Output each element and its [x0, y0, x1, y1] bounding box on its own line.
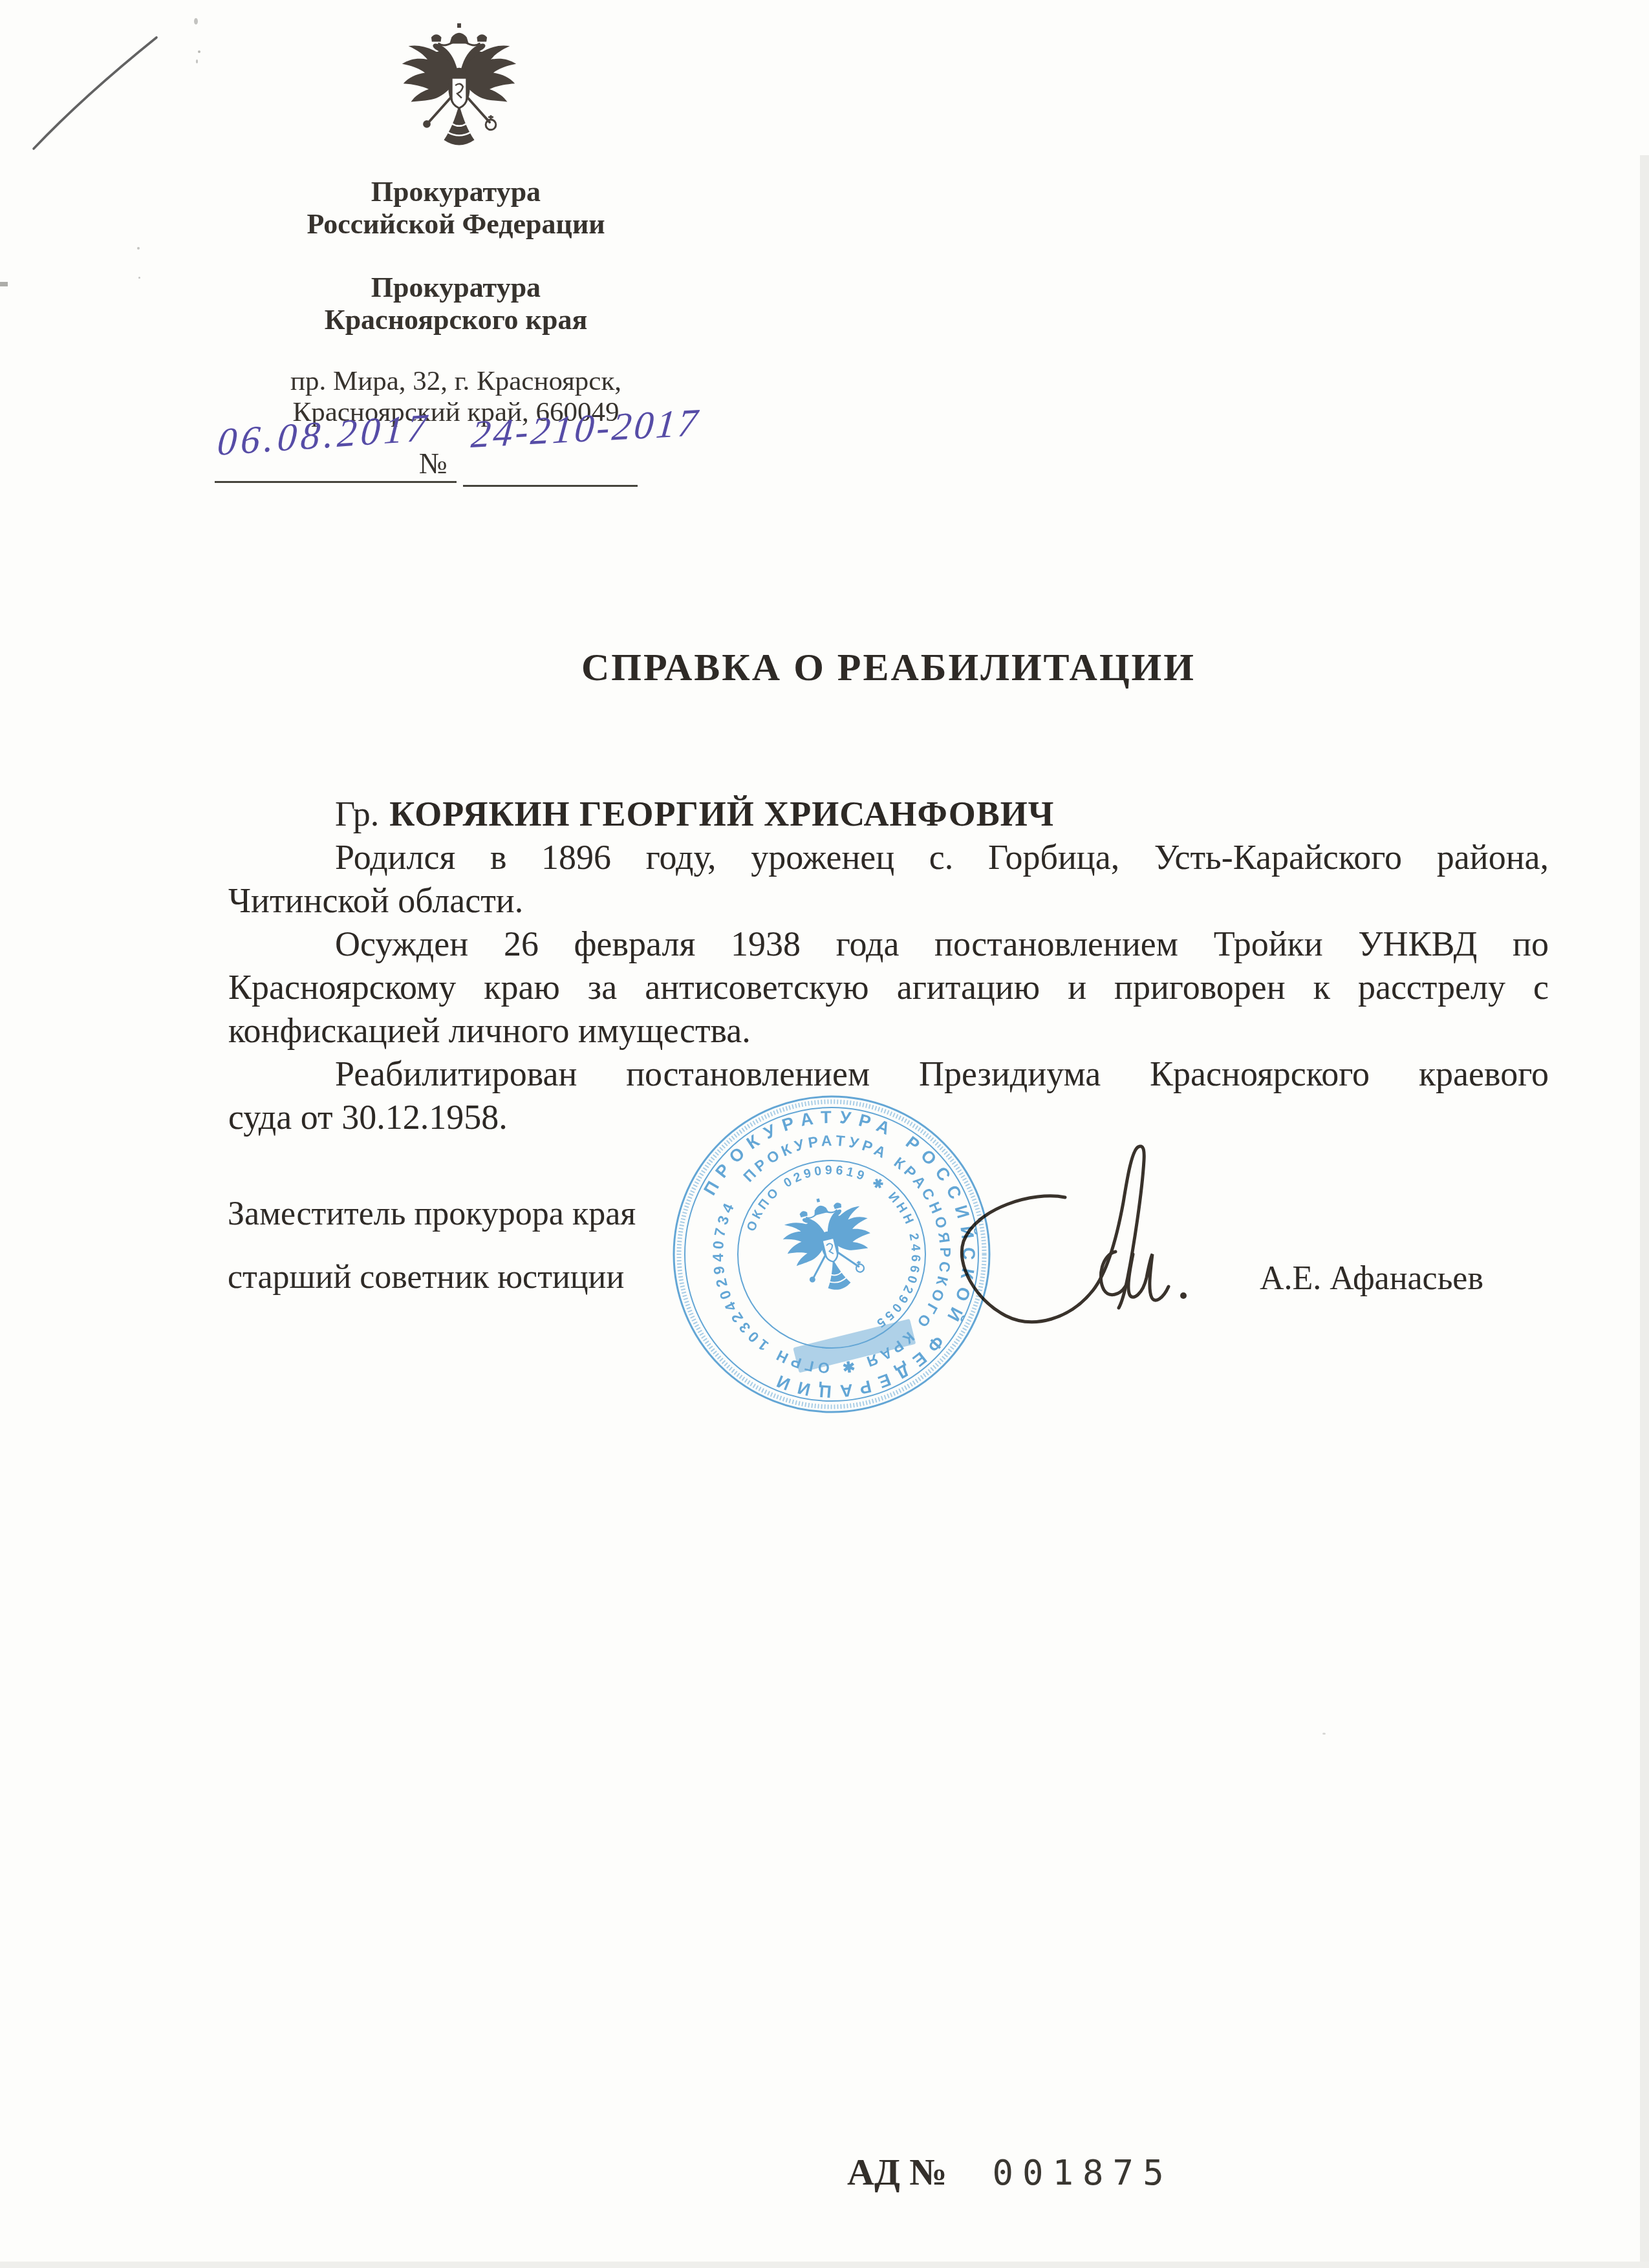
scan-speck: [196, 59, 198, 63]
scan-speck: [137, 247, 140, 250]
form-number: 001875: [993, 2152, 1173, 2193]
scan-speck: [138, 277, 140, 279]
document-title: СПРАВКА О РЕАБИЛИТАЦИИ: [228, 645, 1549, 690]
scan-speck: [198, 50, 200, 53]
form-series-number: АД № 001875: [847, 2150, 1173, 2194]
date-underline: [215, 481, 457, 483]
scan-scratch-line: [19, 19, 188, 168]
scan-speck: [0, 282, 8, 286]
scan-edge-shadow-right: [1640, 155, 1649, 2268]
paragraph-sentence-line: Осужден 26 февраля 1938 года постановлен…: [228, 923, 1549, 966]
form-series: АД №: [847, 2150, 947, 2194]
signer-name: А.Е. Афанасьев: [1260, 1259, 1483, 1298]
scanned-rehabilitation-certificate: Прокуратура Российской Федерации Прокура…: [0, 0, 1649, 2268]
scan-speck: [194, 18, 198, 25]
scan-speck: [1322, 1733, 1326, 1735]
org-name-regional-line1: Прокуратура: [255, 272, 656, 304]
org-address-line1: пр. Мира, 32, г. Красноярск,: [255, 366, 656, 397]
number-underline: [463, 485, 638, 487]
number-sign: №: [419, 446, 447, 480]
handwritten-date: 06.08.2017: [216, 405, 432, 465]
person-name: КОРЯКИН ГЕОРГИЙ ХРИСАНФОВИЧ: [389, 795, 1054, 833]
pen-signature: [936, 1124, 1221, 1356]
paragraph-birth-line: Родился в 1896 году, уроженец с. Горбица…: [228, 836, 1549, 879]
org-name-regional-line2: Красноярского края: [255, 304, 656, 336]
person-line: Гр.КОРЯКИН ГЕОРГИЙ ХРИСАНФОВИЧ: [228, 793, 1549, 836]
salutation-prefix: Гр.: [335, 795, 379, 833]
paragraph-sentence-line: конфискацией личного имущества.: [228, 1009, 1549, 1053]
org-name-federal-line2: Российской Федерации: [255, 208, 656, 241]
stamp-eagle-icon: [775, 1188, 883, 1300]
signer-position-line2: старший советник юстиции: [228, 1258, 624, 1296]
paragraph-birth-line: Читинской области.: [228, 879, 1549, 923]
russia-coat-of-arms-icon: [396, 22, 523, 156]
letterhead: Прокуратура Российской Федерации Прокура…: [255, 176, 656, 428]
signer-position-line1: Заместитель прокурора края: [228, 1195, 636, 1233]
paragraph-sentence-line: Красноярскому краю за антисоветскую агит…: [228, 966, 1549, 1009]
org-name-federal-line1: Прокуратура: [255, 176, 656, 208]
scan-edge-shadow-bottom: [0, 2262, 1649, 2268]
